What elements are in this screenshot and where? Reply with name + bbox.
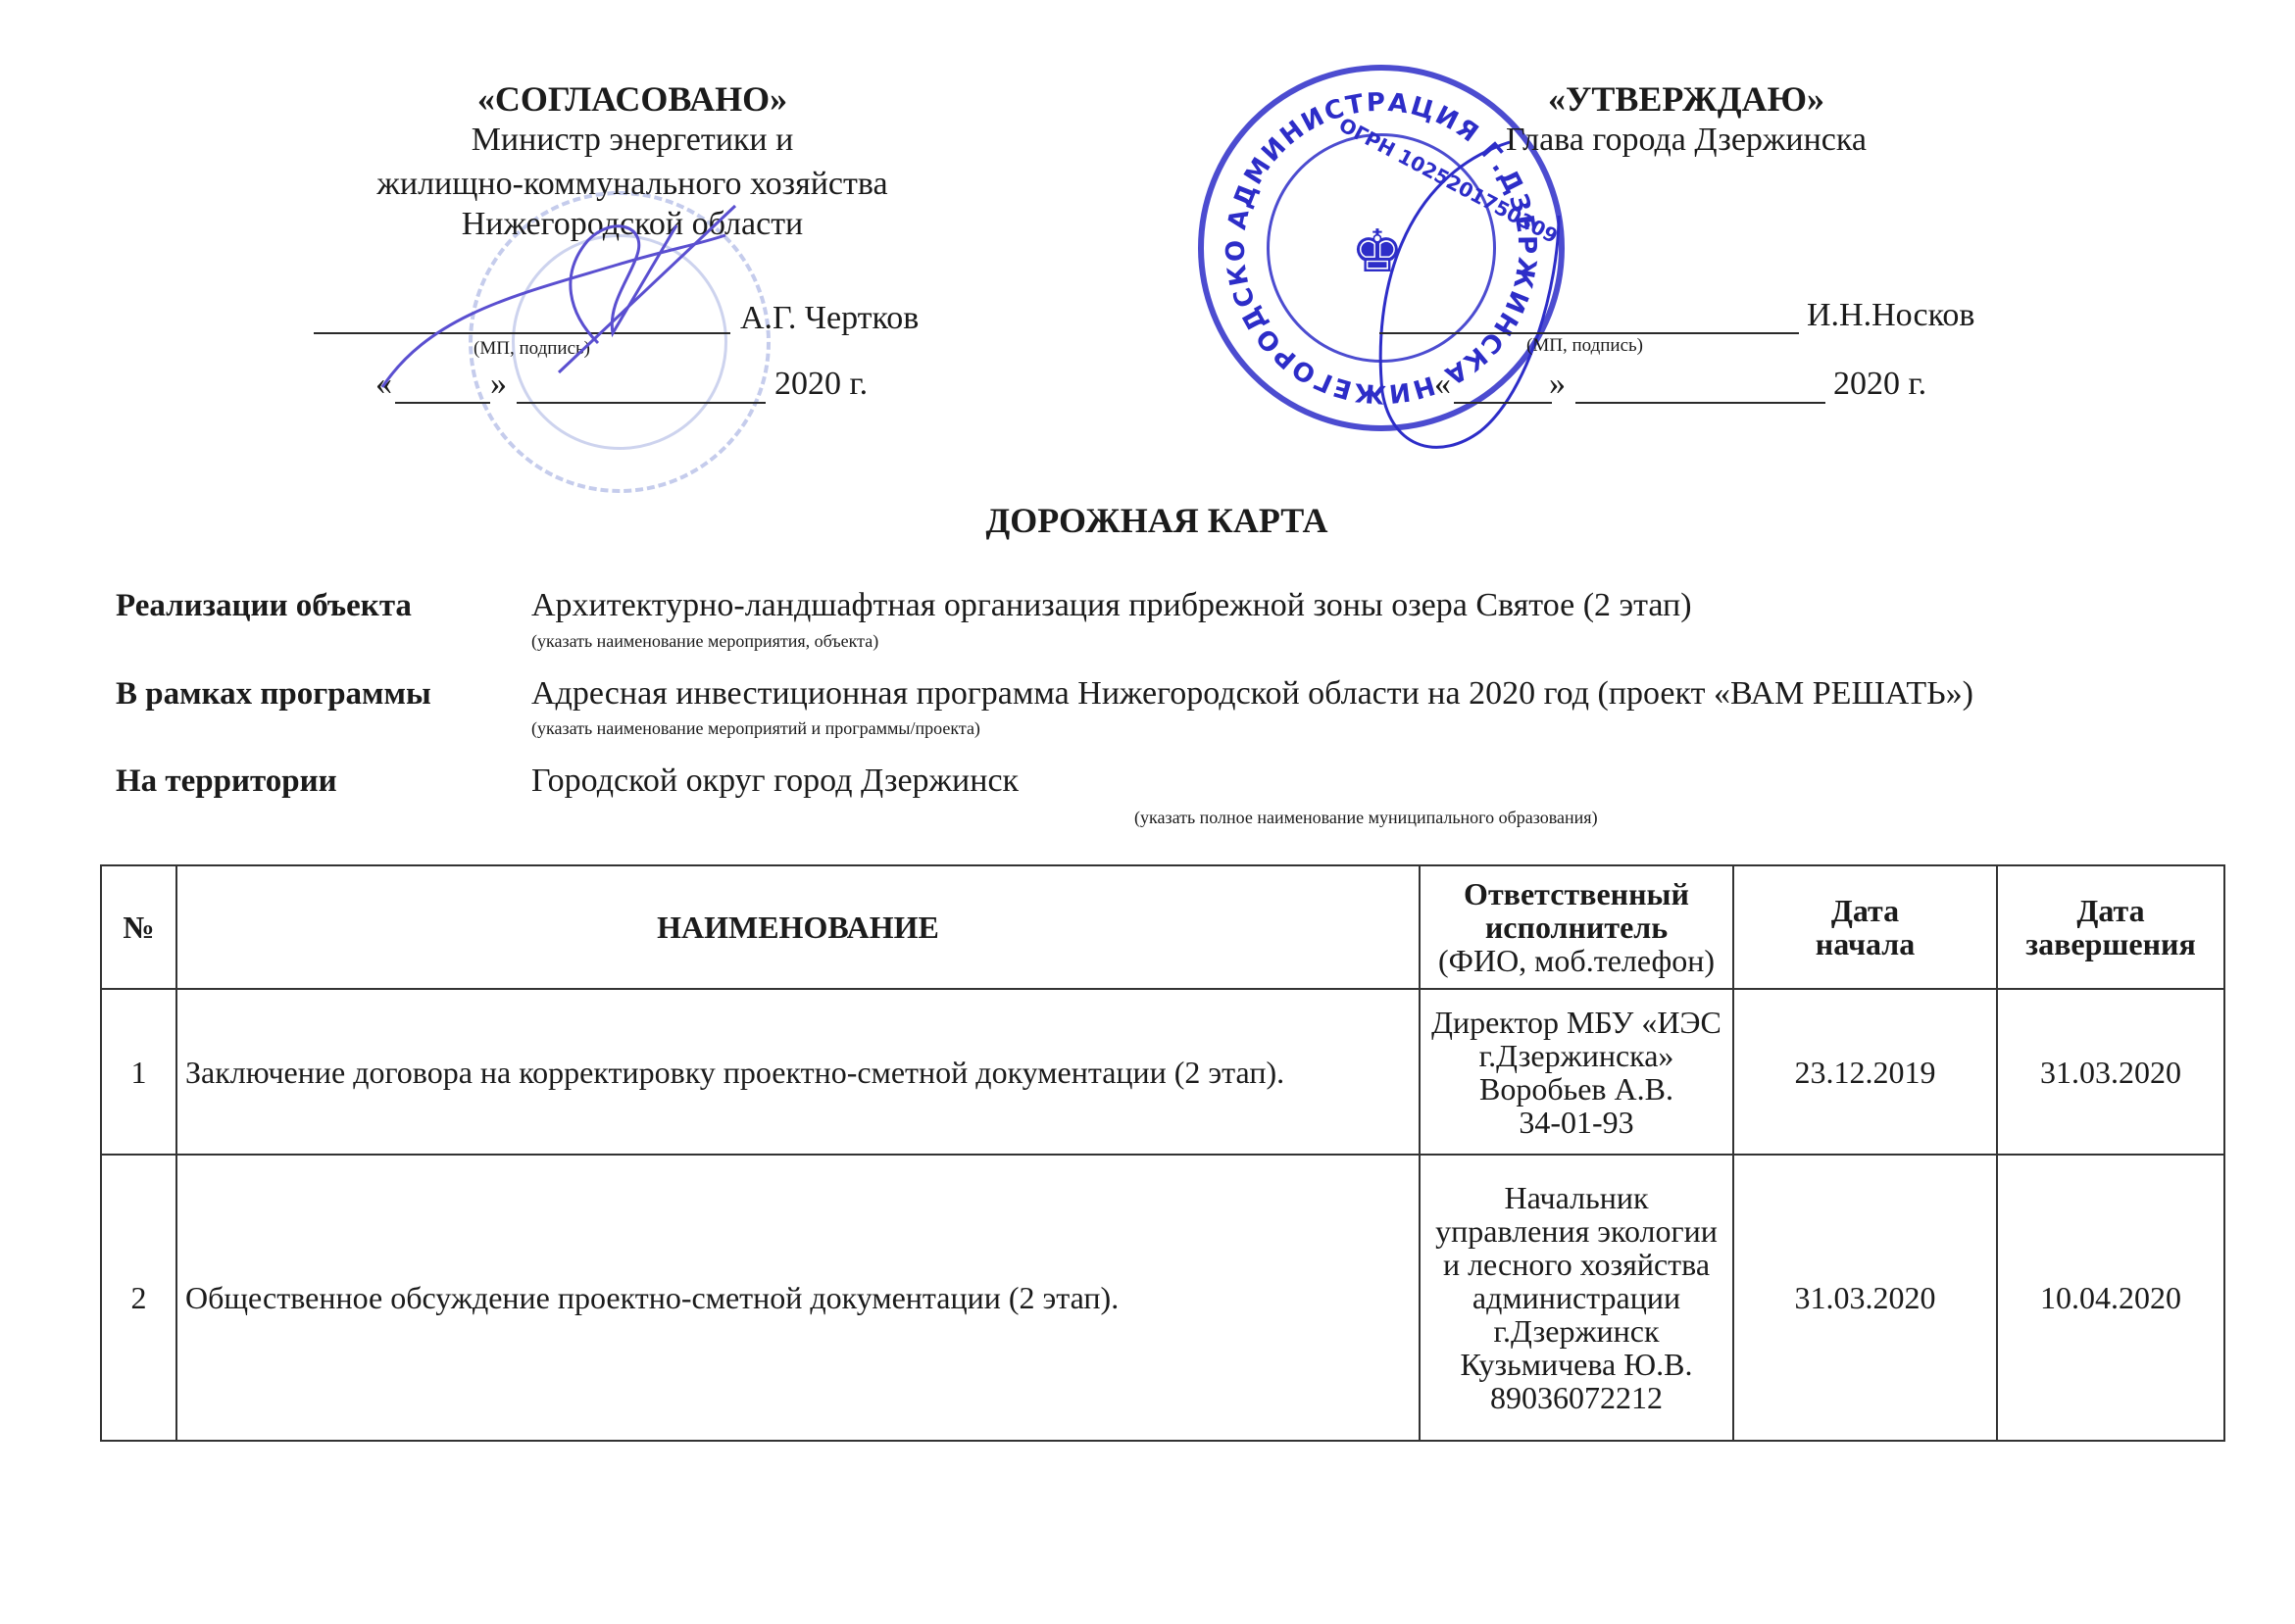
row-end-date: 10.04.2020 [1997,1155,2224,1441]
approved-signature-line [1379,332,1799,334]
table-header-row: № НАИМЕНОВАНИЕ Ответственный исполнитель… [101,865,2224,989]
info-label-program: В рамках программы [116,676,431,713]
approved-title: «УТВЕРЖДАЮ» [1490,78,1882,120]
info-hint-object: (указать наименование мероприятия, объек… [531,631,878,652]
row-responsible: Начальник управления экологии и лесного … [1420,1155,1733,1441]
roadmap-table: № НАИМЕНОВАНИЕ Ответственный исполнитель… [100,864,2225,1442]
responsible-line: и лесного хозяйства [1428,1248,1724,1281]
header-responsible-line-3: (ФИО, моб.телефон) [1428,944,1724,977]
document-title: ДОРОЖНАЯ КАРТА [863,500,1451,541]
responsible-phone: 34-01-93 [1428,1106,1724,1139]
responsible-line: Начальник [1428,1181,1724,1214]
row-responsible: Директор МБУ «ИЭС г.Дзержинска» Воробьев… [1420,989,1733,1155]
row-name: Общественное обсуждение проектно-сметной… [176,1155,1420,1441]
responsible-line: Директор МБУ «ИЭС [1428,1006,1724,1039]
info-hint-program: (указать наименование мероприятий и прог… [531,718,980,739]
row-name: Заключение договора на корректировку про… [176,989,1420,1155]
header-responsible-line-1: Ответственный [1428,877,1724,910]
approved-day-line [1454,402,1552,404]
header-num: № [101,865,176,989]
info-value-territory: Городской округ город Дзержинск [531,763,1019,800]
row-start-date: 31.03.2020 [1733,1155,1997,1441]
info-label-territory: На территории [116,763,337,800]
responsible-phone: 89036072212 [1428,1381,1724,1414]
responsible-line: Воробьев А.В. [1428,1072,1724,1106]
header-start-line-2: начала [1742,927,1988,960]
row-start-date: 23.12.2019 [1733,989,1997,1155]
approved-date-open: « [1434,366,1451,403]
info-label-object: Реализации объекта [116,588,412,624]
header-end-date: Дата завершения [1997,865,2224,989]
signature-scribble-right [1363,137,1618,461]
header-responsible-line-2: исполнитель [1428,910,1724,944]
info-value-program: Адресная инвестиционная программа Нижего… [531,675,1973,713]
responsible-line: г.Дзержинска» [1428,1039,1724,1072]
approved-year: 2020 г. [1833,366,1926,403]
header-end-line-2: завершения [2006,927,2216,960]
agreed-line-1: Министр энергетики и [338,122,926,159]
table-row: 1 Заключение договора на корректировку п… [101,989,2224,1155]
responsible-line: администрации [1428,1281,1724,1314]
info-hint-territory: (указать полное наименование муниципальн… [1134,808,1598,828]
agreed-title: «СОГЛАСОВАНО» [436,78,828,120]
approved-date-close: » [1549,366,1566,403]
info-value-object: Архитектурно-ландшафтная организация при… [531,587,1692,624]
responsible-line: управления экологии [1428,1214,1724,1248]
responsible-line: Кузьмичева Ю.В. [1428,1348,1724,1381]
table-row: 2 Общественное обсуждение проектно-сметн… [101,1155,2224,1441]
approved-line-1: Глава города Дзержинска [1392,122,1980,159]
header-end-line-1: Дата [2006,894,2216,927]
signature-scribble-left [373,196,784,412]
row-num: 2 [101,1155,176,1441]
header-start-line-1: Дата [1742,894,1988,927]
row-end-date: 31.03.2020 [1997,989,2224,1155]
approved-month-line [1575,402,1825,404]
responsible-line: г.Дзержинск [1428,1314,1724,1348]
agreed-year: 2020 г. [774,366,868,403]
header-name: НАИМЕНОВАНИЕ [176,865,1420,989]
row-num: 1 [101,989,176,1155]
approved-signatory: И.Н.Носков [1807,297,1974,334]
header-start-date: Дата начала [1733,865,1997,989]
header-responsible: Ответственный исполнитель (ФИО, моб.теле… [1420,865,1733,989]
approved-sign-note: (МП, подпись) [1526,335,1643,357]
